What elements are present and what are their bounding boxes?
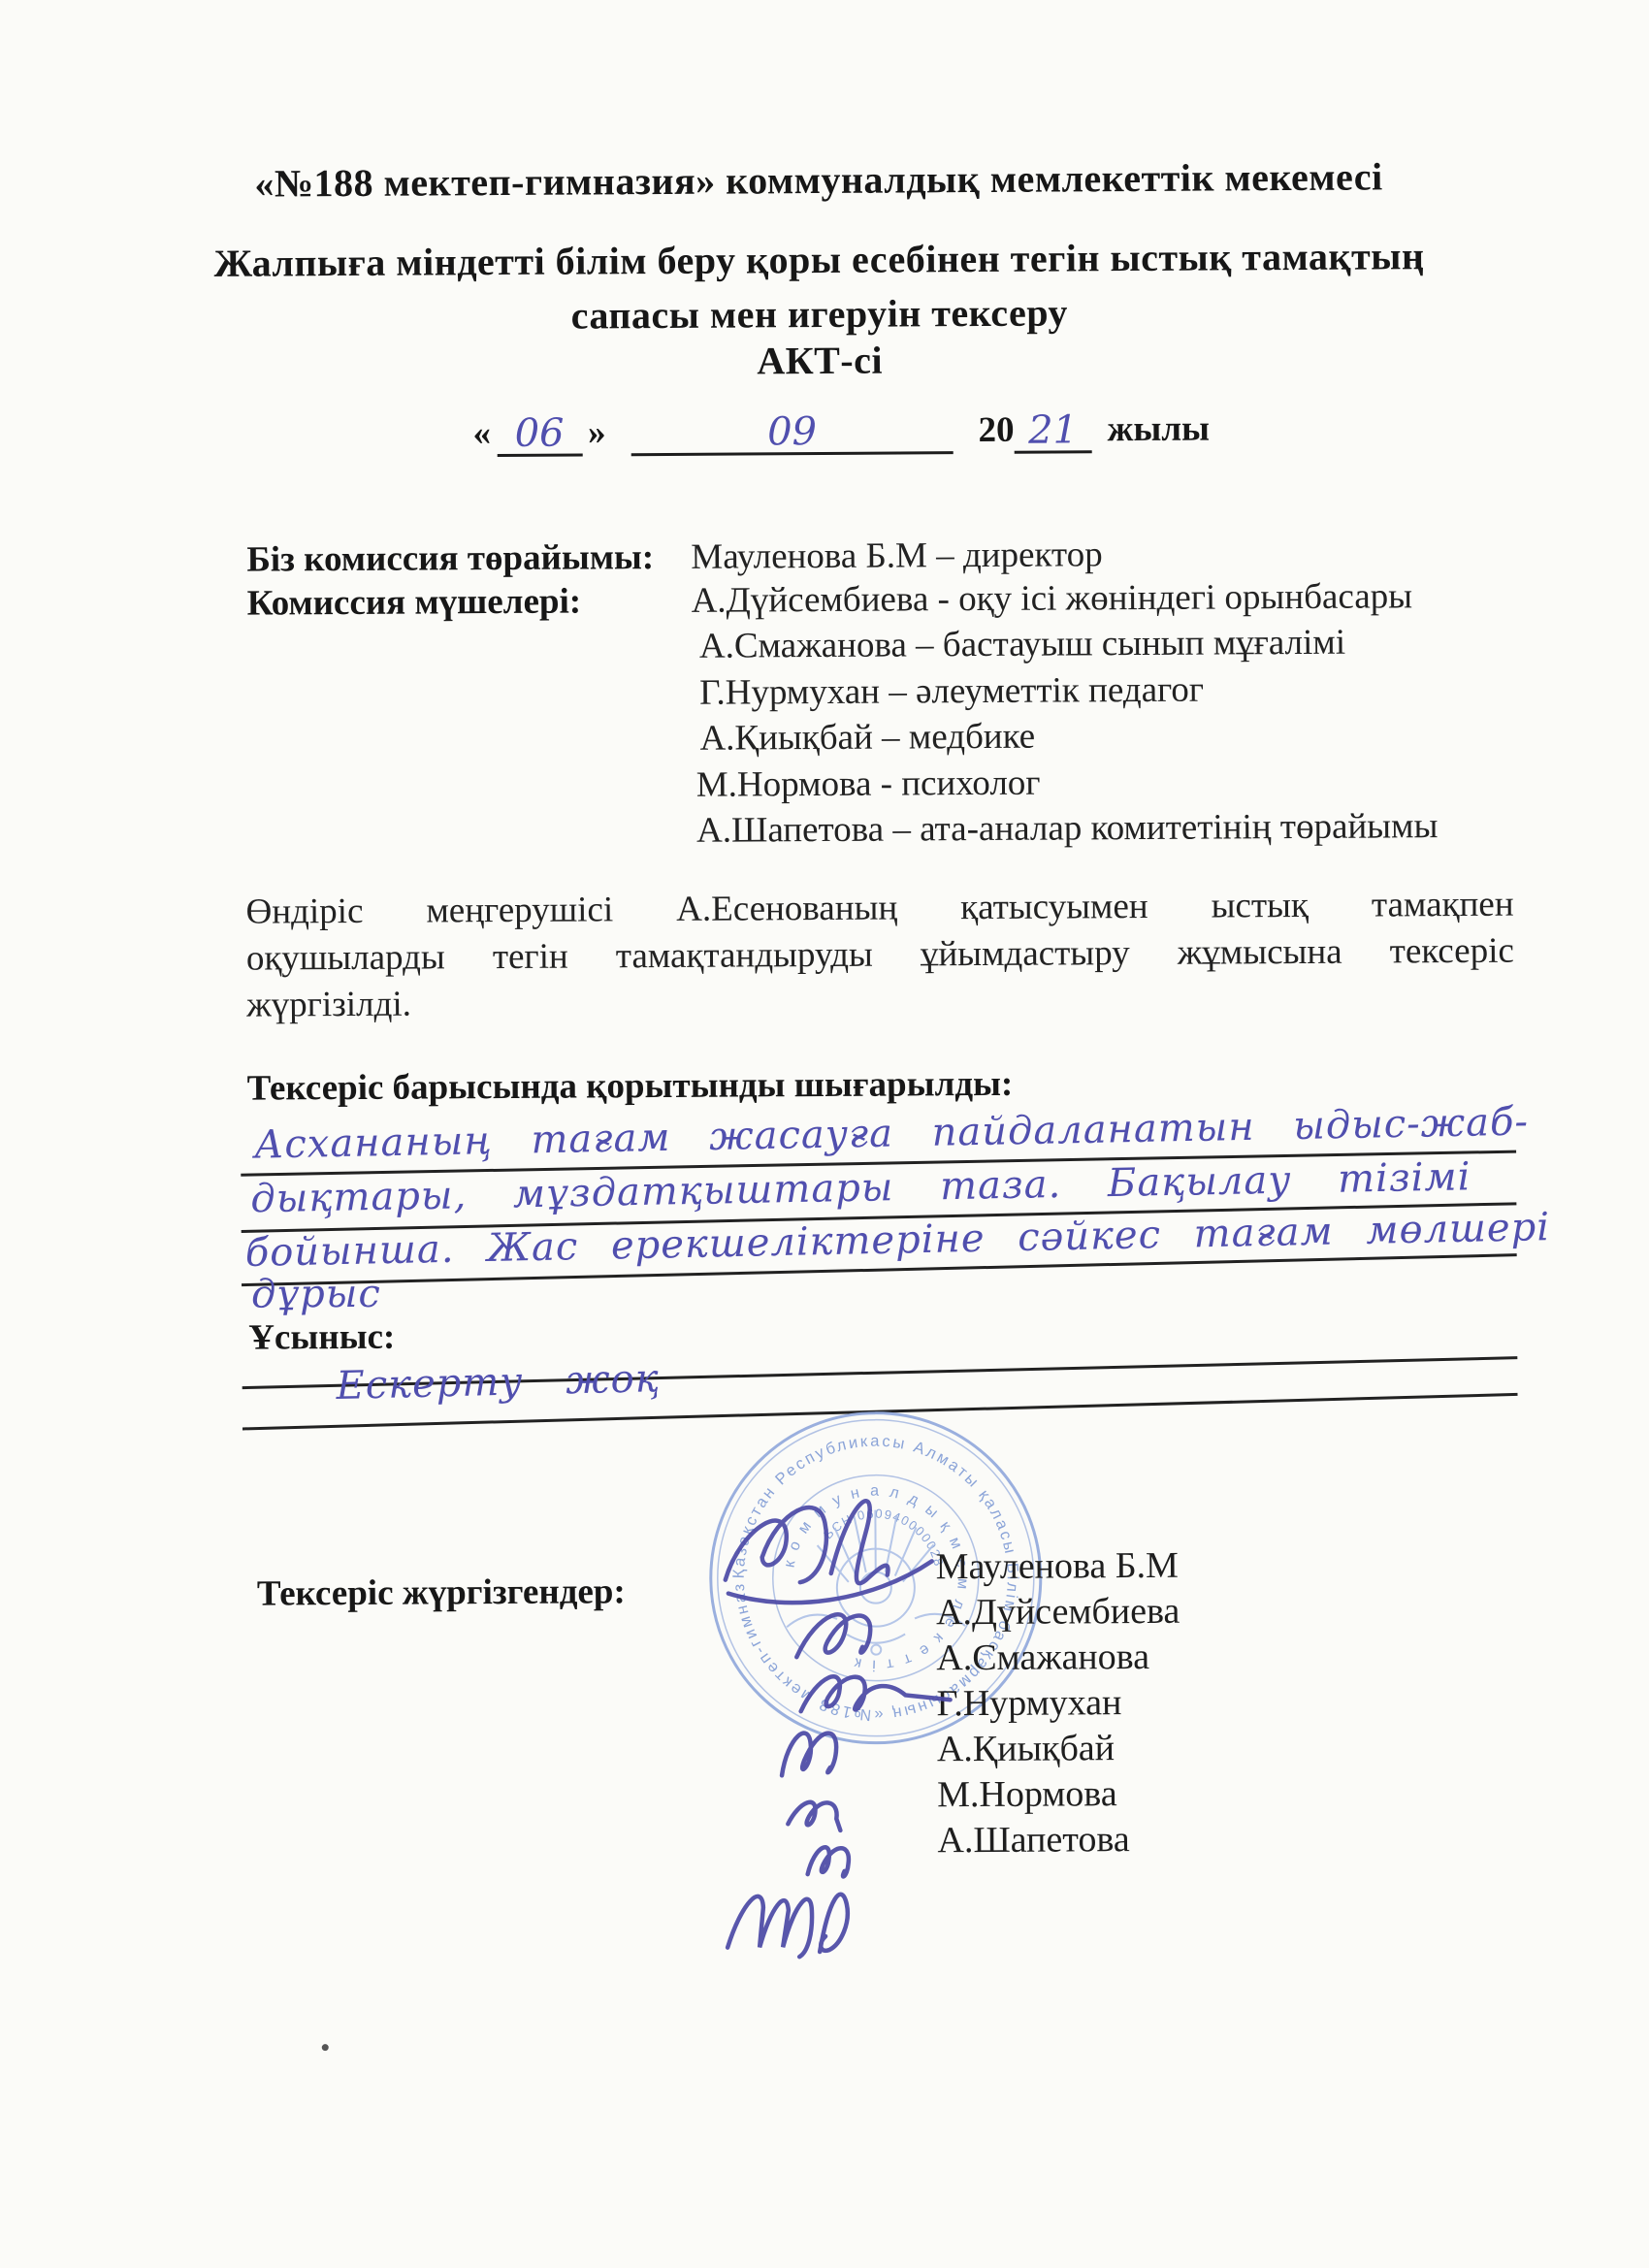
inspectors-label: Тексеріс жүргізгендер: bbox=[257, 1571, 626, 1614]
scanned-document-page: «№188 мектеп-гимназия» коммуналдық мемле… bbox=[0, 0, 1649, 2268]
handwritten-month: 09 bbox=[767, 409, 817, 454]
handwritten-suggestion: Ескерту жоқ bbox=[336, 1356, 660, 1409]
signature-kiykbai bbox=[788, 1802, 840, 1831]
paragraph-line: Өндіріс меңгерушісі А.Есенованың қатысуы… bbox=[245, 884, 1513, 933]
signature-maulenova bbox=[725, 1501, 932, 1604]
member-item: А.Қиықбай – медбике bbox=[699, 716, 1035, 760]
date-day-field: 06 bbox=[497, 409, 582, 458]
handwritten-day: 06 bbox=[514, 411, 564, 456]
scan-dot-artifact bbox=[322, 2044, 329, 2051]
signature-shapetova bbox=[727, 1895, 848, 1958]
signature-nurmukhan bbox=[782, 1733, 837, 1775]
member-item: А.Шапетова – ата-аналар комитетінің төра… bbox=[696, 805, 1439, 852]
conclusion-label: Тексеріс барысында қорытынды шығарылды: bbox=[247, 1063, 1014, 1110]
chairman-value: Мауленова Б.М – директор bbox=[691, 534, 1103, 578]
date-close-quote: » bbox=[588, 411, 606, 453]
document-title-line1: Жалпыға міндетті білім беру қоры есебіне… bbox=[0, 232, 1644, 287]
signature-duisembieva bbox=[796, 1614, 870, 1657]
signature-smazhanova bbox=[800, 1676, 950, 1712]
date-suffix: жылы bbox=[1107, 408, 1210, 451]
paragraph-line: жүргізілді. bbox=[246, 977, 1514, 1026]
organization-title: «№188 мектеп-гимназия» коммуналдық мемле… bbox=[0, 152, 1643, 208]
signatures-overlay bbox=[671, 1464, 1004, 1970]
date-line: « 06 » 09 20 21 жылы bbox=[472, 405, 1210, 458]
member-item: М.Нормова - психолог bbox=[696, 762, 1041, 806]
suggestion-label: Ұсыныс: bbox=[248, 1316, 395, 1359]
date-open-quote: « bbox=[472, 412, 491, 454]
date-month-field: 09 bbox=[630, 406, 953, 456]
paragraph-line: оқушыларды тегін тамақтандыруды ұйымдаст… bbox=[246, 930, 1514, 980]
chairman-label: Біз комиссия төрайымы: bbox=[246, 536, 654, 581]
document-content: «№188 мектеп-гимназия» коммуналдық мемле… bbox=[0, 0, 1649, 2268]
signature-normova bbox=[807, 1847, 849, 1877]
handwritten-year: 21 bbox=[1028, 407, 1078, 452]
member-item: А.Дүйсембиева - оқу ісі жөніндегі орынба… bbox=[692, 575, 1413, 622]
members-label: Комиссия мүшелері: bbox=[247, 581, 582, 625]
date-century: 20 bbox=[978, 409, 1014, 451]
document-title-act: АКТ-сі bbox=[0, 333, 1644, 388]
date-year-field: 21 bbox=[1014, 405, 1091, 453]
member-item: А.Смажанова – бастауыш сынып мұғалімі bbox=[699, 622, 1345, 667]
member-item: Г.Нурмухан – әлеуметтік педагог bbox=[699, 669, 1204, 714]
handwritten-conclusion-line: дұрыс bbox=[251, 1272, 381, 1317]
